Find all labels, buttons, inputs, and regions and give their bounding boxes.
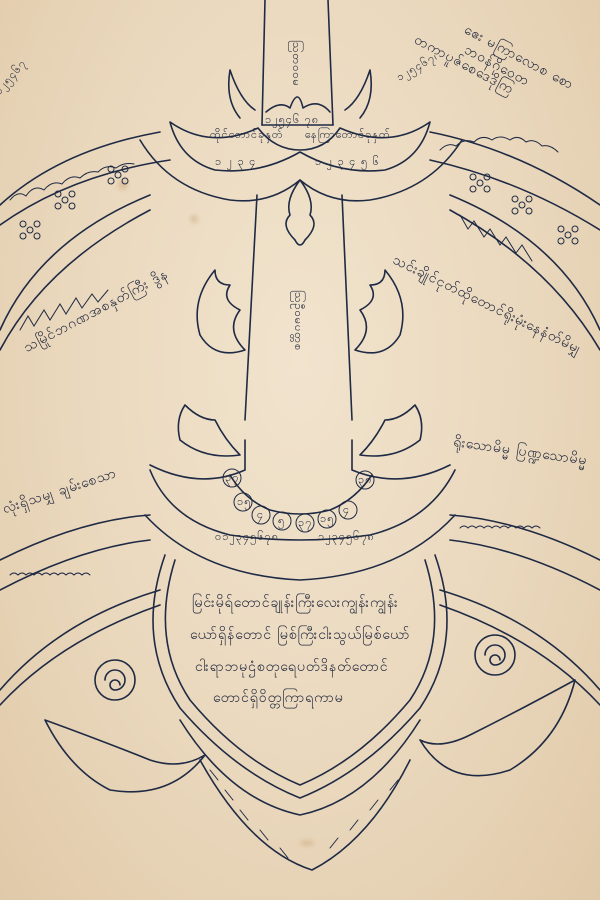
lower-right-flame-leaf [360,405,422,456]
lower-right-acanthus [420,680,575,776]
upper-pillar-vertical-text: ဩတဝ၀မ [288,40,304,87]
left-spiral-rosette [95,660,135,700]
central-text-line-2: ယော်ရှိန်တောင် မြစ်ကြီးငါးသွယ်မြစ်ယော် [190,625,410,646]
lotus-petal: ၄ [343,503,350,519]
right-spiral-rosette [475,635,515,675]
central-text-line-1: မြင်းမိုရ်တောင်ချုန်းကြီးလေးကျွန်းကျွန်း [192,593,399,614]
bottom-feather-point [180,720,420,870]
upper-pillar-base-numerals: ၁၂၅၄၆ ၇၈ [265,113,319,129]
lower-left-flame-leaf [178,405,240,456]
lower-left-band [0,515,160,705]
middle-pillar-vertical-text: ဩဦဝမပတ္တစ [290,290,306,351]
lower-lotus-left-numerals: ၀၁၂၃၄၅၆၇၈ [215,530,279,546]
lower-left-acanthus [45,720,205,792]
lotus-petal: ၅ [278,514,285,530]
lotus-petal: ၃၈ [358,473,372,489]
upper-lotus-right-numerals: ၁ ၂ ၃ ၄ ၅ ၆ [315,155,380,171]
lotus-petal: ၃၇ [298,516,312,532]
upper-lotus-left-text: ထိုင်တောင်ခုနှတ် [210,128,284,144]
lower-lotus [145,440,455,580]
central-text-line-4: တောင်ရှိ၀ိတ္တကြာရကာမ [213,688,344,709]
lotus-petal: ၁၅ [320,512,334,528]
lower-lotus-right-numerals: ၁၂၃၄၅၆၇၈ [318,530,375,546]
upper-lotus-right-text: နေကြာတောင်ခုနှတ် [305,128,391,144]
lotus-petal: ၄ [257,508,264,524]
lotus-petal: ၁၅ [237,495,251,511]
lotus-petal: ၃၇ [225,471,239,487]
flower-dot-motifs [20,166,578,244]
right-flame-leaf [355,270,403,353]
left-flame-leaf [197,270,245,353]
central-text-line-3: ငါးရာဘမုဌံစတုရေပတ်ဒိနတ်တောင် [195,657,388,678]
lower-right-band [440,515,600,705]
manuscript-photo: ၁၂၅၄၆၇ ၁၂၅၄၆၇၊ ဘဝန်ဂိုဝေတ ဧေး မကြာလောစ စ… [0,0,600,900]
upper-lotus-left-numerals: ၁ ၂ ၃ ၄ [215,155,256,171]
